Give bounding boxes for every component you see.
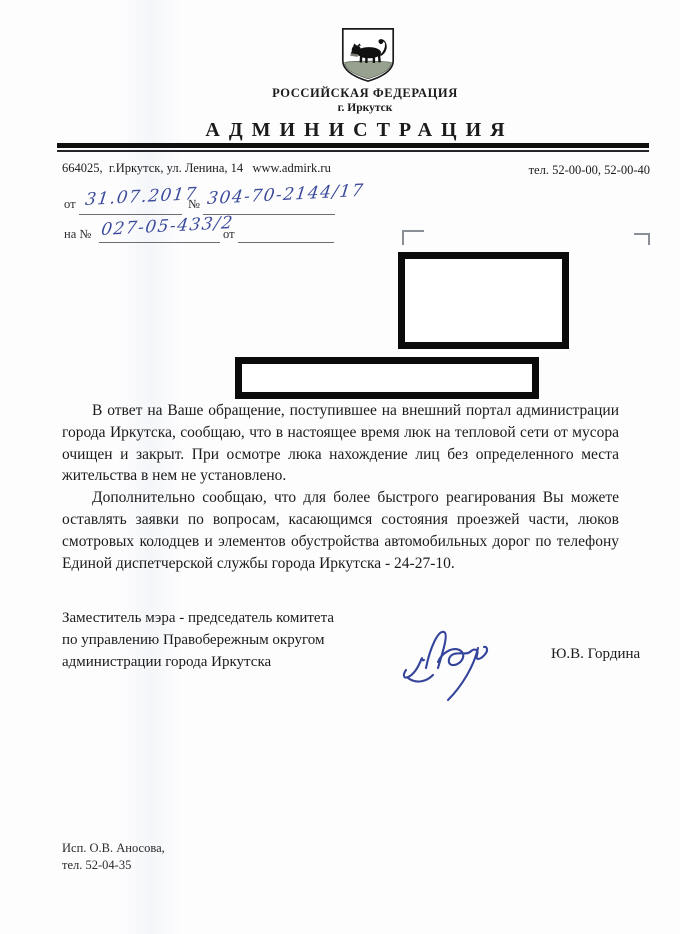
letterhead-rule-thin [57,150,649,152]
redaction-box-addressee-line [235,357,539,399]
ref-incoming-line [99,242,220,243]
ref-reply-date-line [238,242,334,243]
signer-position-line-3: администрации города Иркутска [62,651,422,673]
ref-from-label: от [64,197,76,212]
addressee-corner-mark-left [402,230,424,245]
irkutsk-coat-of-arms-babr-icon [339,27,397,83]
addressee-corner-mark-right [634,233,650,245]
executor-phone: тел. 52-04-35 [62,857,165,874]
city-title: г. Иркутск [215,101,515,115]
country-title: РОССИЙСКАЯ ФЕДЕРАЦИЯ [215,86,515,100]
letterhead-rule-thick [57,143,649,148]
handwritten-incoming-number: 027-05-433/2 [100,213,235,240]
scanned-letter-page: РОССИЙСКАЯ ФЕДЕРАЦИЯ г. Иркутск АДМИНИСТ… [0,0,680,934]
letterhead-country-block: РОССИЙСКАЯ ФЕДЕРАЦИЯ г. Иркутск [215,86,515,115]
handwritten-signature [396,610,500,705]
org-phones: тел. 52-00-00, 52-00-40 [529,163,650,178]
ref-date-line [79,214,182,215]
body-paragraph-1: В ответ на Ваше обращение, поступившее н… [62,400,619,487]
handwritten-outgoing-number: 304-70-2144/17 [206,181,365,209]
signer-position-block: Заместитель мэра - председатель комитета… [62,607,422,673]
letter-body: В ответ на Ваше обращение, поступившее н… [62,400,619,574]
executor-name: Исп. О.В. Аносова, [62,840,165,857]
body-paragraph-2: Дополнительно сообщаю, что для более быс… [62,487,619,574]
redaction-box-addressee [398,252,569,349]
ref-reply-label: на № [64,227,91,242]
organization-title: АДМИНИСТРАЦИЯ [55,119,655,142]
signer-name: Ю.В. Гордина [551,646,671,663]
signer-position-line-2: по управлению Правобережным округом [62,629,422,651]
org-address: 664025, г.Иркутск, ул. Ленина, 14 www.ad… [62,161,331,176]
signer-position-line-1: Заместитель мэра - председатель комитета [62,607,422,629]
handwritten-date: 31.07.2017 [84,184,199,210]
executor-block: Исп. О.В. Аносова, тел. 52-04-35 [62,840,165,874]
